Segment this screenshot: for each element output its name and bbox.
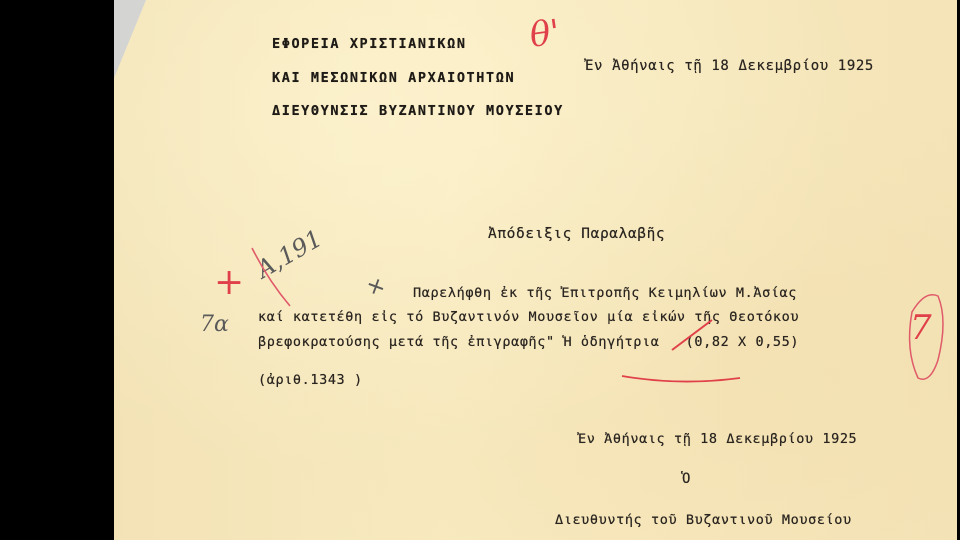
document-title: Ἀπόδειξις Παραλαβῆς <box>488 226 665 242</box>
signature-article: Ὁ <box>682 471 691 487</box>
date-top: Ἐν Ἀθήναις τῇ 18 Δεκεμβρίου 1925 <box>585 58 874 74</box>
header-line-3: ΔΙΕΥΘΥΝΣΙΣ ΒΥΖΑΝΤΙΝΟΥ ΜΟΥΣΕΙΟΥ <box>272 103 564 119</box>
signature-role: Διευθυντής τοῦ Βυζαντινοῦ Μουσείου <box>555 512 852 528</box>
header-line-1: ΕΦΟΡΕΙΑ ΧΡΙΣΤΙΑΝΙΚΩΝ <box>272 36 467 52</box>
header-line-2: ΚΑΙ ΜΕΣΩΝΙΚΩΝ ΑΡΧΑΙΟΤΗΤΩΝ <box>272 70 515 86</box>
body-line-1: Παρελήφθη ἐκ τῆς Ἐπιτροπῆς Κειμηλίων Μ.Ἀ… <box>413 285 797 301</box>
red-plus-mark: + <box>214 262 244 303</box>
date-bottom: Ἐν Ἀθήναις τῇ 18 Δεκεμβρίου 1925 <box>578 431 857 447</box>
folded-corner <box>114 0 146 78</box>
red-annotation-theta: θ' <box>527 12 562 56</box>
red-circled-number: 7 <box>910 308 932 348</box>
body-line-2: καί κατετέθη εἰς τό Βυζαντινόν Μουσεῖον … <box>258 309 799 325</box>
body-line-4: (ἀριθ.1343 ) <box>258 372 363 388</box>
pencil-margin-note: 7α <box>200 312 229 337</box>
body-line-3: βρεφοκρατούσης μετά τῆς ἐπιγραφῆς" Ἡ ὁδη… <box>258 334 799 350</box>
